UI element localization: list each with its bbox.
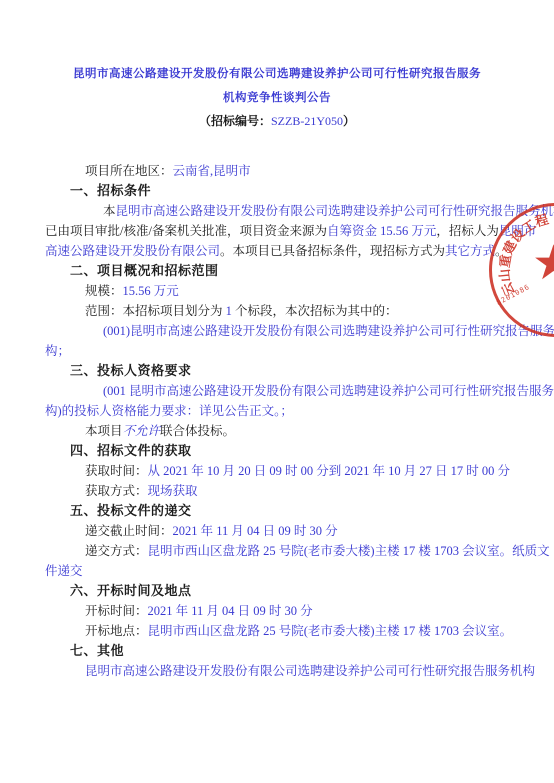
tender-ref-suffix: ） (343, 114, 355, 128)
section-6-heading: 六、开标时间及地点 (45, 581, 525, 601)
tender-ref-code: SZZB-21Y050 (271, 114, 343, 128)
opening-place-line: 开标地点：昆明市西山区盘龙路 25 号院(老市委大楼)主楼 17 楼 1703 … (45, 621, 525, 641)
tender-conditions-line-2: 已由项目审批/核准/备案机关批准，项目资金来源为自筹资金 15.56 万元，招标… (45, 221, 525, 241)
other-line: 昆明市高速公路建设开发股份有限公司选聘建设养护公司可行性研究报告服务机构 (45, 661, 525, 681)
section-2-heading: 二、项目概况和招标范围 (45, 261, 525, 281)
tender-conditions-line-3: 高速公路建设开发股份有限公司。本项目已具备招标条件，现招标方式为其它方式。 (45, 241, 525, 261)
section-3-heading: 三、投标人资格要求 (45, 361, 525, 381)
document-body: 项目所在地区：云南省,昆明市一、招标条件本昆明市高速公路建设开发股份有限公司选聘… (45, 161, 525, 681)
tender-ref-prefix: （招标编号： (199, 114, 271, 128)
tender-reference: （招标编号：SZZB-21Y050） (0, 110, 554, 133)
submit-method-line-2: 件递交 (45, 561, 525, 581)
qualification-line-1: (001 昆明市高速公路建设开发股份有限公司选聘建设养护公司可行性研究报告服务机 (45, 381, 525, 401)
section-5-heading: 五、投标文件的递交 (45, 501, 525, 521)
title-block: 昆明市高速公路建设开发股份有限公司选聘建设养护公司可行性研究报告服务 机构竞争性… (0, 62, 554, 133)
obtain-time-line: 获取时间：从 2021 年 10 月 20 日 09 时 00 分到 2021 … (45, 461, 525, 481)
lot-line-2: 构； (45, 341, 525, 361)
section-7-heading: 七、其他 (45, 641, 525, 661)
obtain-method-line: 获取方式：现场获取 (45, 481, 525, 501)
consortium-line: 本项目不允许联合体投标。 (45, 421, 525, 441)
qualification-line-2: 构)的投标人资格能力要求：详见公告正文。； (45, 401, 525, 421)
opening-time-line: 开标时间：2021 年 11 月 04 日 09 时 30 分 (45, 601, 525, 621)
tender-conditions-line-1: 本昆明市高速公路建设开发股份有限公司选聘建设养护公司可行性研究报告服务机构 (45, 201, 525, 221)
lot-line-1: (001)昆明市高速公路建设开发股份有限公司选聘建设养护公司可行性研究报告服务机 (45, 321, 525, 341)
region-line: 项目所在地区：云南省,昆明市 (45, 161, 525, 181)
section-4-heading: 四、招标文件的获取 (45, 441, 525, 461)
document-page: 昆明市高速公路建设开发股份有限公司选聘建设养护公司可行性研究报告服务 机构竞争性… (0, 0, 554, 783)
submit-method-line-1: 递交方式：昆明市西山区盘龙路 25 号院(老市委大楼)主楼 17 楼 1703 … (45, 541, 525, 561)
scope-line: 范围：本招标项目划分为 1 个标段，本次招标为其中的： (45, 301, 525, 321)
seal-star-icon: ★ (532, 240, 554, 288)
scale-line: 规模：15.56 万元 (45, 281, 525, 301)
page-title-line-2: 机构竞争性谈判公告 (0, 86, 554, 110)
page-title-line-1: 昆明市高速公路建设开发股份有限公司选聘建设养护公司可行性研究报告服务 (0, 62, 554, 86)
submit-deadline-line: 递交截止时间：2021 年 11 月 04 日 09 时 30 分 (45, 521, 525, 541)
section-1-heading: 一、招标条件 (45, 181, 525, 201)
